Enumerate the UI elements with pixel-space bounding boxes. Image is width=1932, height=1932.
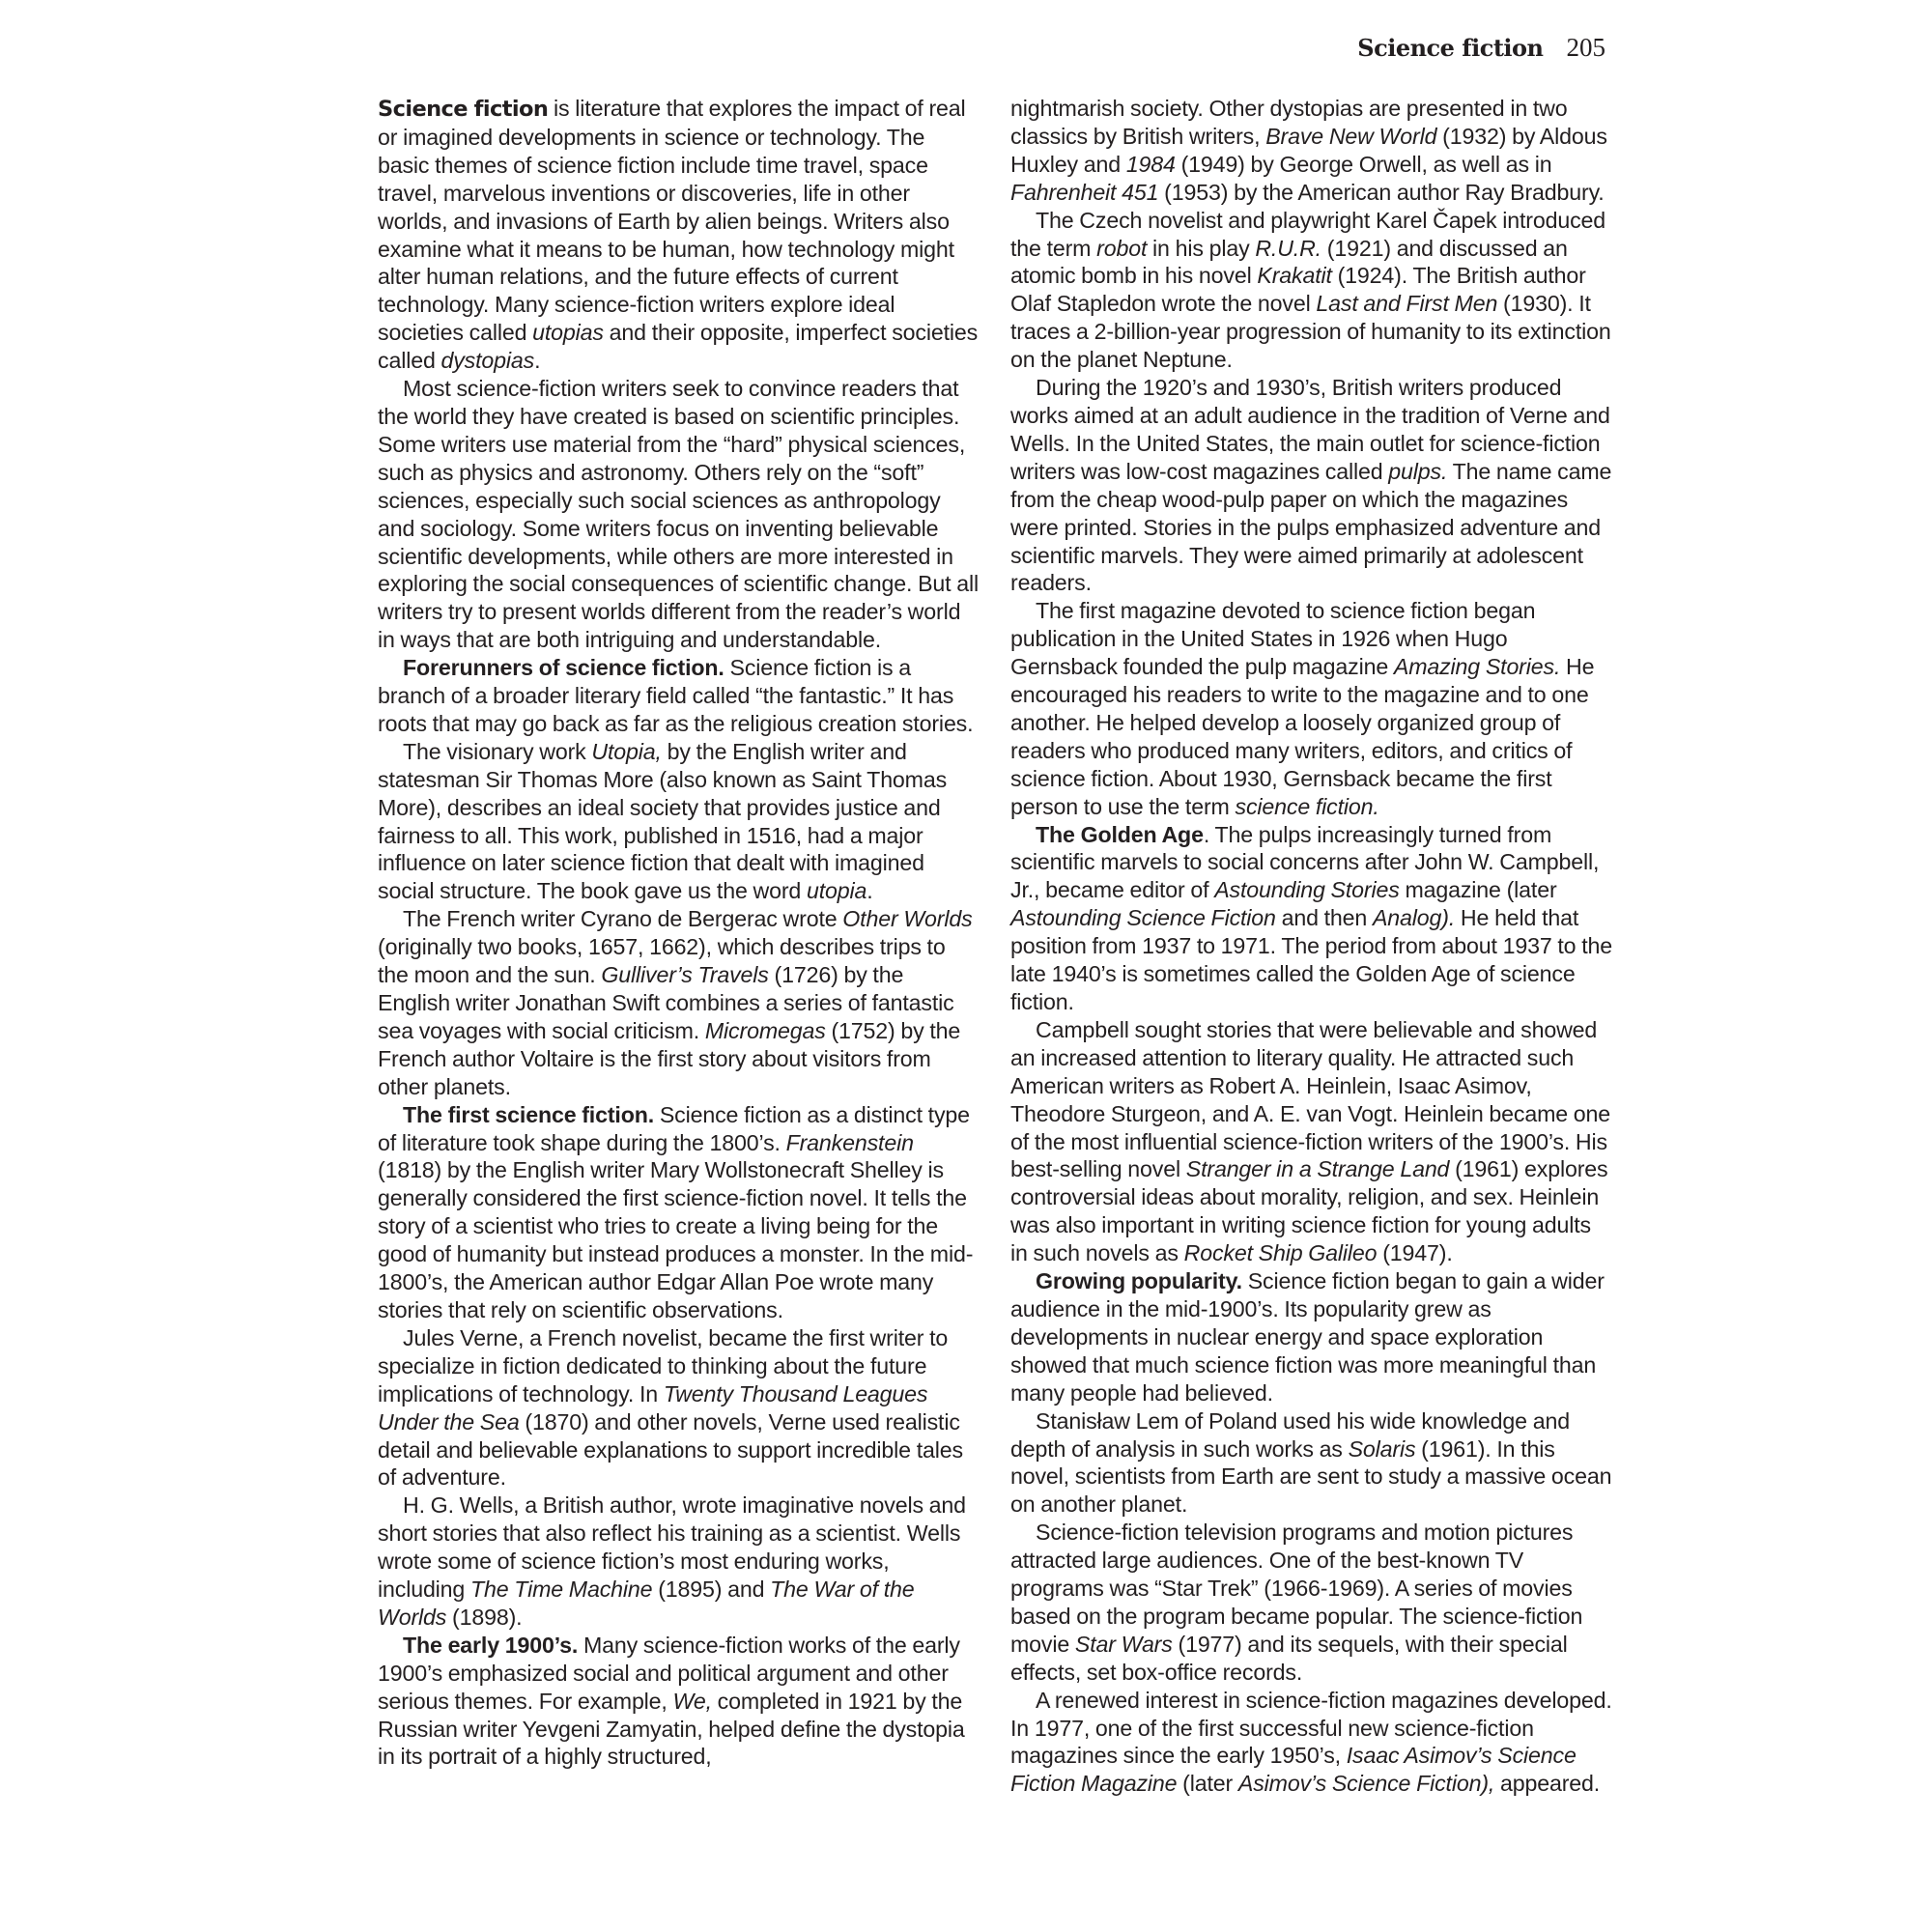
paragraph: Science fiction is literature that explo… bbox=[378, 95, 980, 375]
italic-title: Krakatit bbox=[1257, 263, 1331, 288]
subsection-heading: The first science fiction. bbox=[403, 1102, 654, 1127]
italic-title: Analog). bbox=[1373, 905, 1455, 930]
paragraph: The early 1900’s. Many science-fiction w… bbox=[378, 1632, 980, 1772]
italic-title: Astounding Stories bbox=[1214, 877, 1399, 902]
paragraph: The Czech novelist and playwright Karel … bbox=[1010, 207, 1613, 374]
page-number: 205 bbox=[1567, 31, 1606, 64]
italic-title: 1984 bbox=[1126, 152, 1176, 177]
text-run: The visionary work bbox=[403, 739, 591, 764]
italic-title: Amazing Stories. bbox=[1394, 654, 1560, 679]
italic-title: Astounding Science Fiction bbox=[1010, 905, 1276, 930]
italic-title: Frankenstein bbox=[786, 1130, 914, 1155]
paragraph: The visionary work Utopia, by the Englis… bbox=[378, 738, 980, 905]
article-column-right: nightmarish society. Other dystopias are… bbox=[1010, 95, 1613, 1798]
italic-title: The Time Machine bbox=[470, 1577, 652, 1602]
paragraph: Jules Verne, a French novelist, became t… bbox=[378, 1324, 980, 1492]
subsection-heading: Growing popularity. bbox=[1036, 1268, 1242, 1293]
paragraph: The first magazine devoted to science fi… bbox=[1010, 597, 1613, 820]
italic-title: Star Wars bbox=[1075, 1632, 1173, 1657]
italic-title: science fiction. bbox=[1236, 794, 1379, 819]
text-run: is literature that explores the impact o… bbox=[378, 96, 966, 345]
text-run: appeared. bbox=[1494, 1771, 1600, 1796]
text-run: The French writer Cyrano de Bergerac wro… bbox=[403, 906, 842, 931]
text-run: (1949) by George Orwell, as well as in bbox=[1176, 152, 1552, 177]
italic-title: utopia bbox=[807, 878, 867, 903]
italic-title: R.U.R. bbox=[1255, 236, 1321, 261]
italic-title: Micromegas bbox=[705, 1018, 826, 1043]
text-run: . bbox=[534, 348, 540, 373]
italic-title: Asimov’s Science Fiction), bbox=[1238, 1771, 1494, 1796]
paragraph: During the 1920’s and 1930’s, British wr… bbox=[1010, 374, 1613, 597]
paragraph: Science-fiction television programs and … bbox=[1010, 1519, 1613, 1686]
paragraph: The Golden Age. The pulps increasingly t… bbox=[1010, 821, 1613, 1016]
subsection-heading: The Golden Age bbox=[1036, 822, 1204, 847]
text-run: (1818) by the English writer Mary Wollst… bbox=[378, 1157, 973, 1322]
italic-title: Last and First Men bbox=[1316, 291, 1497, 316]
running-head-section-title: Science fiction bbox=[1357, 32, 1543, 65]
paragraph: Campbell sought stories that were believ… bbox=[1010, 1016, 1613, 1267]
paragraph: A renewed interest in science-fiction ma… bbox=[1010, 1687, 1613, 1799]
italic-title: We, bbox=[673, 1689, 712, 1714]
italic-title: Rocket Ship Galileo bbox=[1184, 1240, 1378, 1265]
paragraph: The French writer Cyrano de Bergerac wro… bbox=[378, 905, 980, 1100]
text-run: magazine (later bbox=[1400, 877, 1557, 902]
text-run: (1898). bbox=[446, 1605, 522, 1630]
paragraph: H. G. Wells, a British author, wrote ima… bbox=[378, 1492, 980, 1632]
text-run: and then bbox=[1276, 905, 1373, 930]
text-run: Most science-fiction writers seek to con… bbox=[378, 376, 979, 652]
italic-title: Brave New World bbox=[1265, 124, 1436, 149]
article-title: Science fiction bbox=[378, 97, 548, 122]
text-run: (1947). bbox=[1377, 1240, 1452, 1265]
paragraph: Growing popularity. Science fiction bega… bbox=[1010, 1267, 1613, 1407]
italic-title: Other Worlds bbox=[842, 906, 972, 931]
paragraph: The first science fiction. Science ficti… bbox=[378, 1101, 980, 1324]
italic-title: utopias bbox=[532, 320, 604, 345]
text-run: (later bbox=[1177, 1771, 1238, 1796]
subsection-heading: The early 1900’s. bbox=[403, 1633, 578, 1658]
italic-title: Gulliver’s Travels bbox=[601, 962, 768, 987]
encyclopedia-page: Science fiction 205 Science fiction is l… bbox=[0, 0, 1932, 1932]
text-run: (1953) by the American author Ray Bradbu… bbox=[1158, 180, 1604, 205]
italic-title: Utopia, bbox=[591, 739, 661, 764]
italic-title: dystopias bbox=[440, 348, 534, 373]
paragraph: nightmarish society. Other dystopias are… bbox=[1010, 95, 1613, 207]
paragraph: Most science-fiction writers seek to con… bbox=[378, 375, 980, 654]
text-run: (1895) and bbox=[652, 1577, 770, 1602]
text-run: in his play bbox=[1147, 236, 1255, 261]
italic-title: Solaris bbox=[1349, 1436, 1416, 1462]
article-column-left: Science fiction is literature that explo… bbox=[378, 95, 980, 1771]
italic-title: pulps. bbox=[1388, 459, 1447, 484]
italic-title: Fahrenheit 451 bbox=[1010, 180, 1158, 205]
italic-title: Stranger in a Strange Land bbox=[1186, 1156, 1450, 1181]
subsection-heading: Forerunners of science fiction. bbox=[403, 655, 724, 680]
paragraph: Stanisław Lem of Poland used his wide kn… bbox=[1010, 1407, 1613, 1520]
italic-title: robot bbox=[1096, 236, 1147, 261]
paragraph: Forerunners of science fiction. Science … bbox=[378, 654, 980, 738]
text-run: . bbox=[867, 878, 872, 903]
running-head: Science fiction 205 bbox=[1357, 31, 1605, 65]
